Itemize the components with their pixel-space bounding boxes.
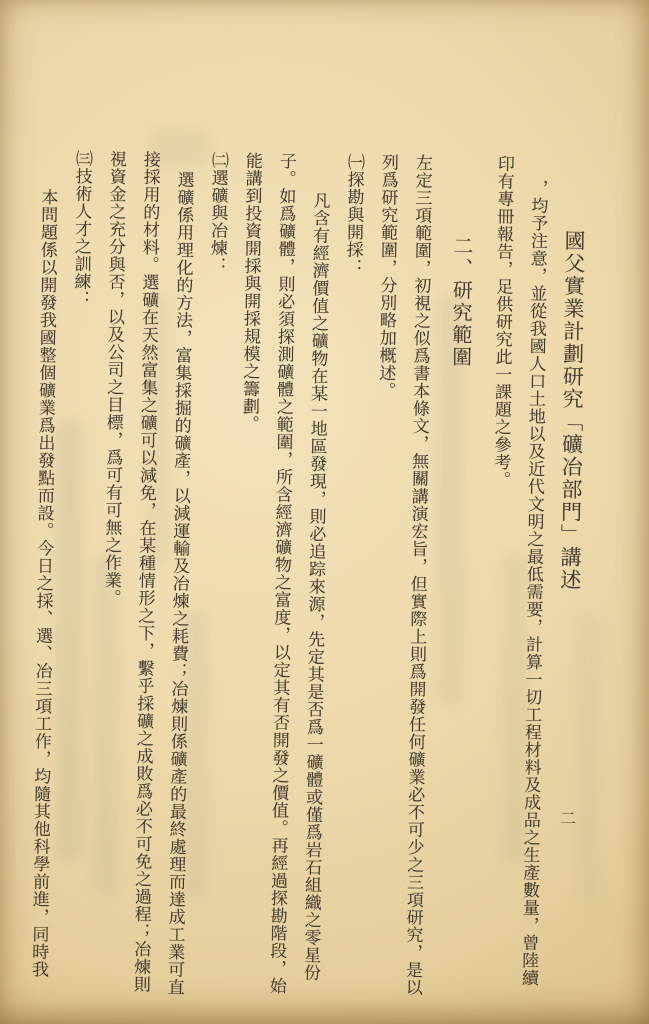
page-content: 國父實業計劃研究「礦冶部門」講述 ，均予注意，並從我國人口土地以及近代文明之最低… [21,149,595,1004]
section-heading-research-scope: 二、研究範圍 [433,154,481,1002]
scanned-page: 國父實業計劃研究「礦冶部門」講述 ，均予注意，並從我國人口土地以及近代文明之最低… [0,0,649,1024]
paragraph: 選礦係用理化的方法，富集採掘的礦產，以減運輸及冶煉之耗費；冶煉則係礦產的最終處理… [89,150,201,999]
paragraph: 凡含有經濟價值之礦物在某一地區發現，則必追踪來源，先定其是否爲一礦體或僅爲岩石組… [225,152,337,1001]
paragraph: 左定三項範圍，初視之似爲書本條文，無關講演宏旨，但實際上則爲開發任何礦業必不可少… [361,153,439,1002]
page-number: 二 [560,806,576,829]
paragraph-continuation: ，均予注意，並從我國人口土地以及近代文明之最低需要，計算一切工程材料及成品之生產… [477,155,555,1004]
